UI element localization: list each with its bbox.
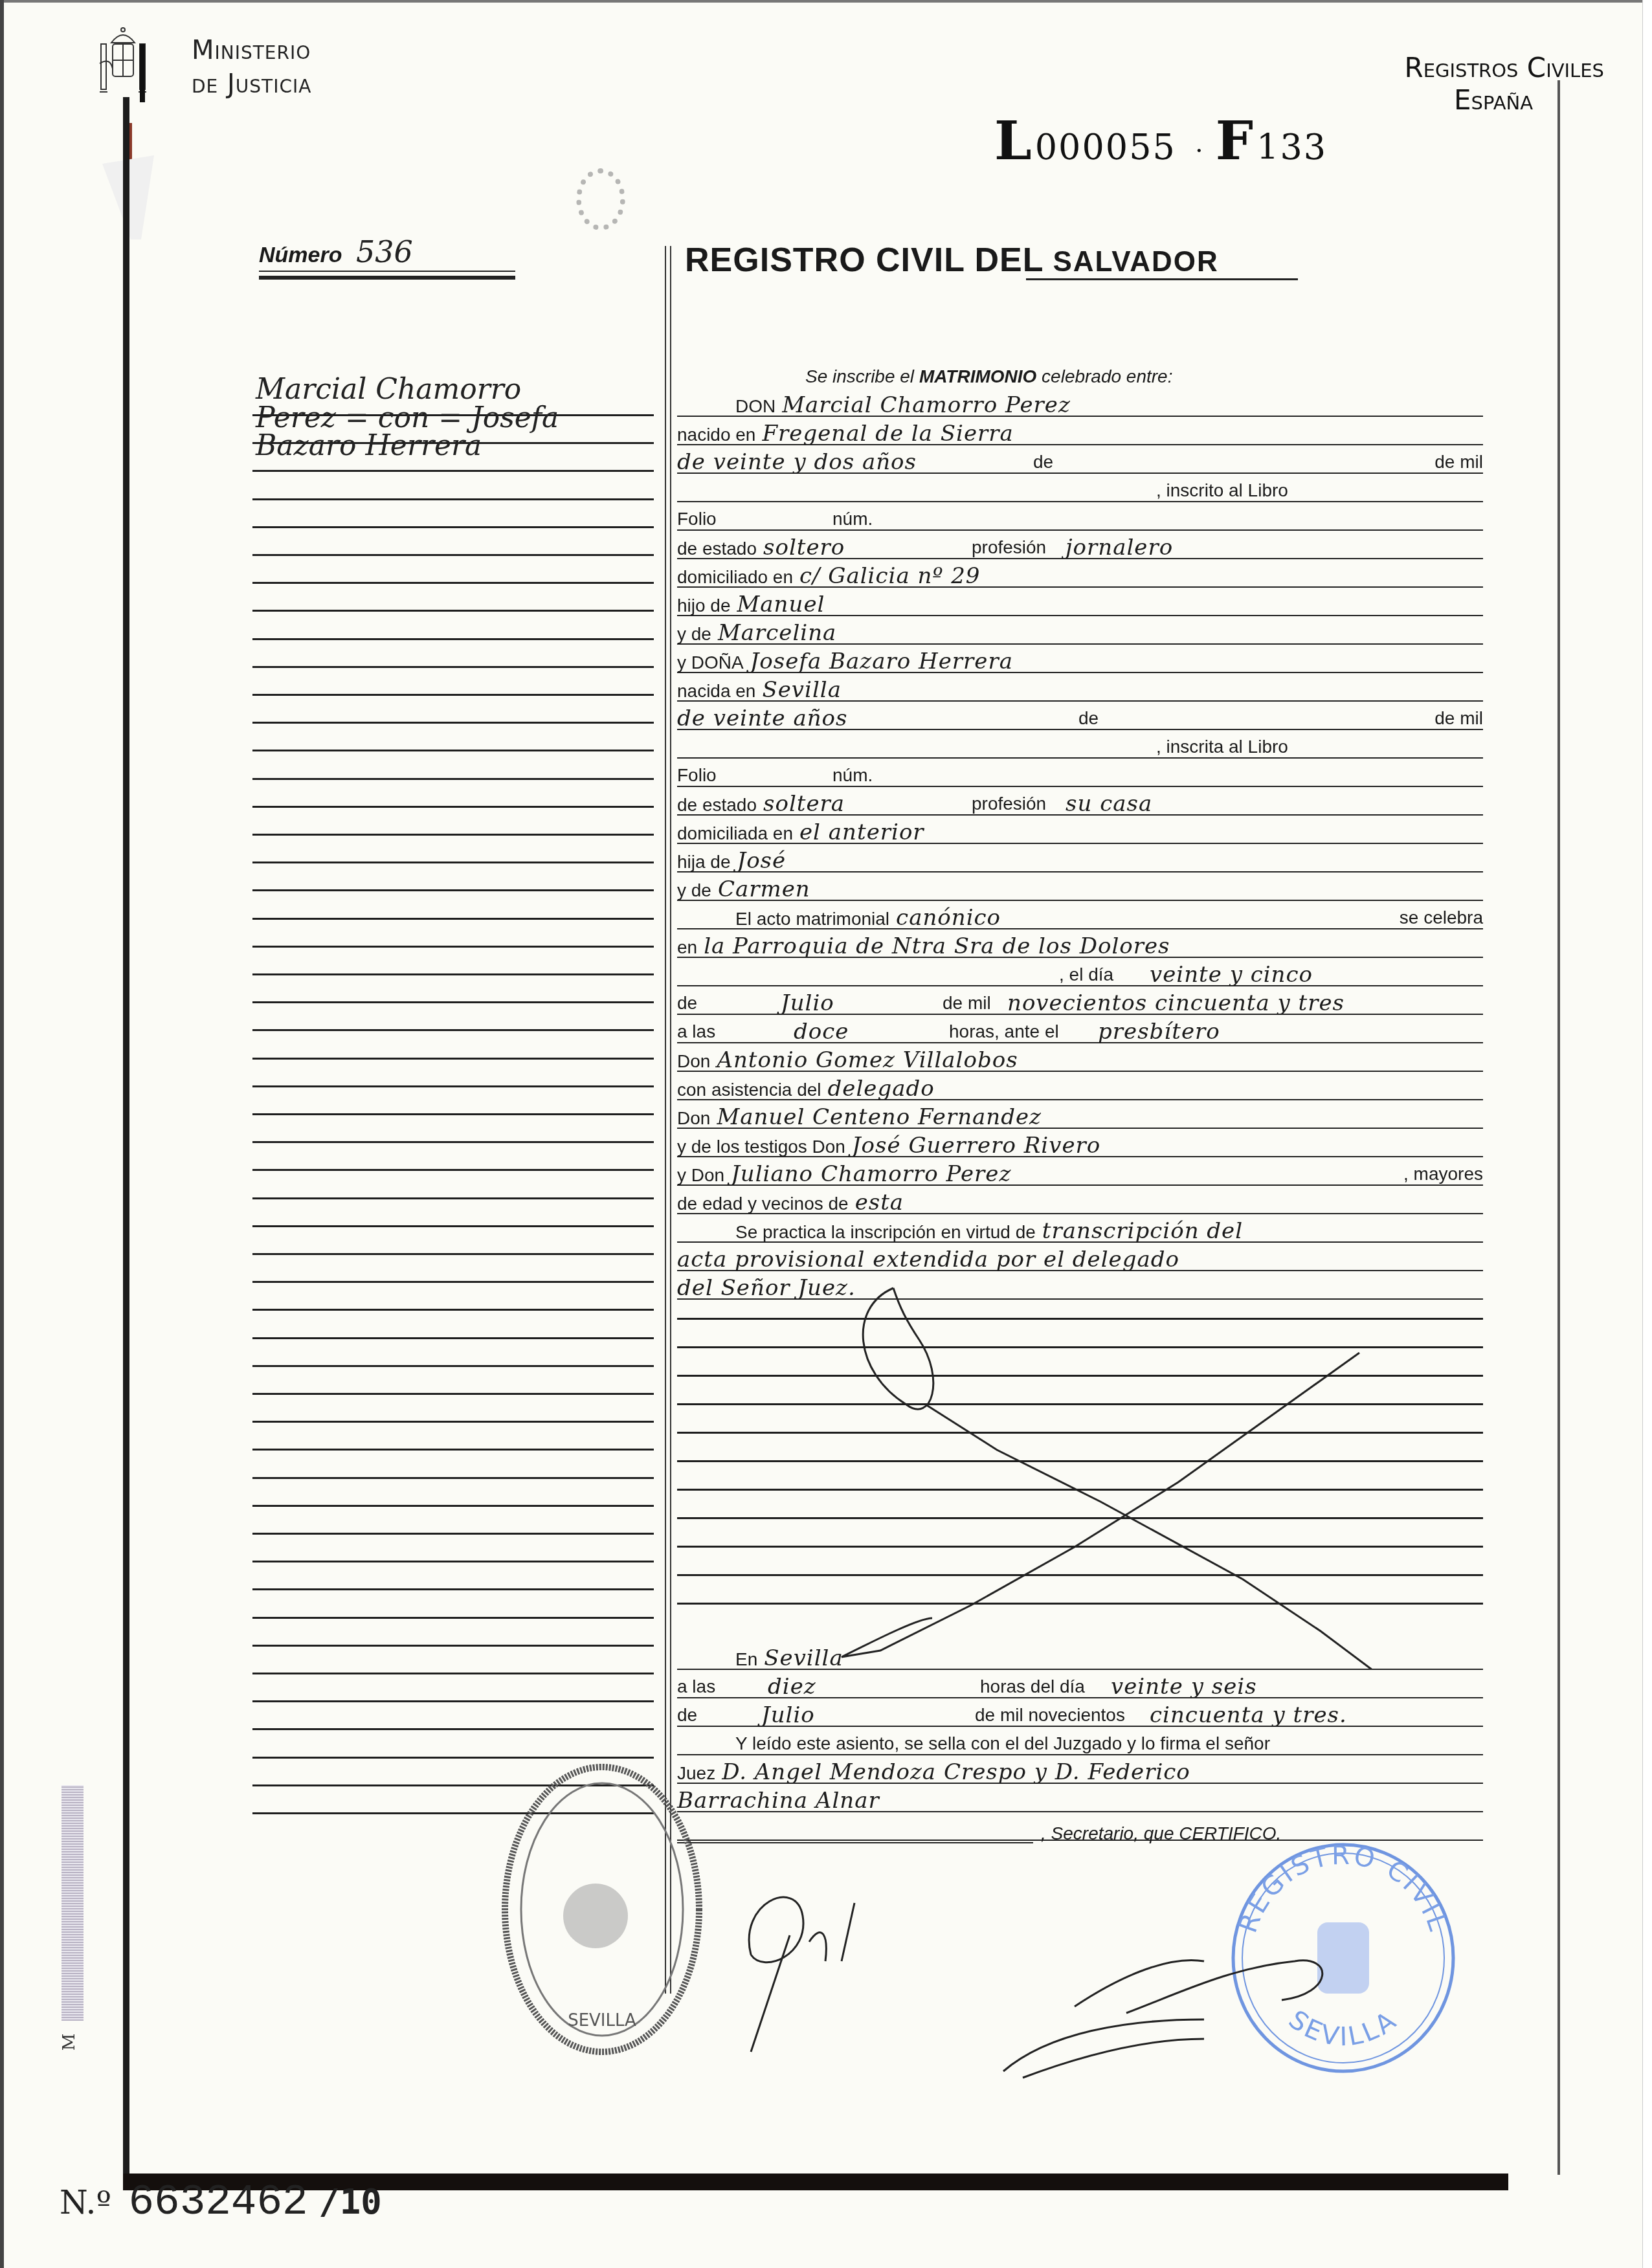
ceremony-place: la Parroquia de Ntra Sra de los Dolores xyxy=(704,933,1170,959)
ceremony-day: veinte y cinco xyxy=(1150,961,1313,989)
numero-double-rule xyxy=(259,276,515,280)
security-crown-mark: M xyxy=(60,2034,79,2051)
bride-estado-line: de estadosolteraprofesiónsu casa xyxy=(677,790,1483,818)
officiant-name: Antonio Gomez Villalobos xyxy=(717,1047,1018,1073)
margin-ruled-line xyxy=(252,946,654,948)
closing-city: Sevilla xyxy=(764,1645,843,1671)
blank-ruled-line xyxy=(677,1460,1483,1462)
marriage-record-body: Se inscribe el MATRIMONIO celebrado entr… xyxy=(677,362,1483,1302)
margin-ruled-line xyxy=(252,1113,654,1115)
serial-suffix: /10 xyxy=(318,2181,382,2222)
groom-domicilio: c/ Galicia nº 29 xyxy=(799,563,980,589)
bride-name: Josefa Bazaro Herrera xyxy=(750,649,1013,674)
libro-letter: L xyxy=(994,110,1032,172)
margin-ruled-line xyxy=(252,554,654,556)
closing-date-line: deJuliode mil novecientoscincuenta y tre… xyxy=(677,1701,1483,1729)
spain-coat-of-arms-icon xyxy=(97,25,149,102)
margin-ruled-line xyxy=(252,470,654,472)
hora-line: a lasdocehoras, ante elpresbítero xyxy=(677,1017,1483,1046)
blank-ruled-line xyxy=(677,1403,1483,1405)
witness2-line: y DonJuliano Chamorro Perez, mayores xyxy=(677,1160,1483,1188)
margin-ruled-line xyxy=(252,1225,654,1227)
asistencia-role: delegado xyxy=(828,1076,935,1102)
margin-ruled-line xyxy=(252,1561,654,1562)
margin-ruled-line xyxy=(252,1784,654,1786)
asistencia-line: con asistencia deldelegado xyxy=(677,1074,1483,1103)
margin-ruled-line xyxy=(252,1673,654,1674)
groom-birthplace-line: nacido enFregenal de la Sierra xyxy=(677,419,1483,448)
groom-profesion: jornalero xyxy=(1066,533,1173,562)
groom-name-line: DONMarcial Chamorro Perez xyxy=(677,391,1483,419)
closing-day: veinte y seis xyxy=(1111,1673,1257,1701)
margin-ruled-line xyxy=(252,498,654,500)
mes-anio-line: deJuliode milnovecientos cincuenta y tre… xyxy=(677,989,1483,1017)
serial-label: N.º xyxy=(60,2184,111,2221)
margin-ruled-line xyxy=(252,1197,654,1199)
margin-ruled-line xyxy=(252,1533,654,1535)
blank-ruled-line xyxy=(677,1546,1483,1548)
margin-ruled-line xyxy=(252,722,654,724)
margin-ruled-line xyxy=(252,1085,654,1087)
numero-underline xyxy=(259,271,515,272)
numero-label: Número xyxy=(259,243,342,267)
column-divider xyxy=(665,246,671,1994)
margin-line-3: Bazaro Herrera xyxy=(256,432,559,460)
ceremony-month: Julio xyxy=(781,989,834,1017)
margin-ruled-line xyxy=(252,694,654,696)
ministry-line-2: de Justicia xyxy=(192,67,311,101)
blank-ruled-line xyxy=(677,1432,1483,1434)
officiant-line: DonAntonio Gomez Villalobos xyxy=(677,1046,1483,1074)
practica-line-3: del Señor Juez. xyxy=(677,1275,856,1301)
groom-folio-line: Folionúm. xyxy=(677,505,1483,533)
juez-line-2: Barrachina Alnar xyxy=(677,1786,1483,1815)
bride-birthplace: Sevilla xyxy=(762,677,842,703)
margin-ruled-line xyxy=(252,889,654,891)
margin-ruled-line xyxy=(252,750,654,751)
scan-edge-right xyxy=(1642,0,1652,2268)
ceremony-year: novecientos cincuenta y tres xyxy=(1007,989,1345,1017)
blank-ruled-line xyxy=(677,1517,1483,1519)
lugar-line: enla Parroquia de Ntra Sra de los Dolore… xyxy=(677,932,1483,961)
record-number: Número 536 xyxy=(259,234,413,269)
punch-mark xyxy=(576,168,625,230)
closing-city-line: EnSevilla xyxy=(677,1644,1483,1673)
numero-value: 536 xyxy=(356,234,413,269)
margin-ruled-line xyxy=(252,1588,654,1590)
bride-birthplace-line: nacida enSevilla xyxy=(677,676,1483,704)
delegate-line: DonManuel Centeno Fernandez xyxy=(677,1103,1483,1131)
margin-ruled-line xyxy=(252,1337,654,1339)
document-serial: N.º 6632462 /10 xyxy=(60,2178,382,2227)
groom-estado-line: de estadosolteroprofesiónjornalero xyxy=(677,533,1483,562)
groom-estado: soltero xyxy=(763,535,845,561)
practica-line-2: acta provisional extendida por el delega… xyxy=(677,1247,1179,1273)
officiant-title: presbítero xyxy=(1098,1017,1220,1046)
registry-title: REGISTRO CIVIL DELSALVADOR xyxy=(685,241,1219,280)
bride-libro-line: , inscrita al Libro xyxy=(677,733,1483,761)
ceremony-hour: doce xyxy=(794,1017,849,1046)
folio-number: 133 xyxy=(1256,127,1327,168)
groom-name: Marcial Chamorro Perez xyxy=(782,392,1071,418)
matrimonio-label: MATRIMONIO xyxy=(919,366,1036,386)
security-hologram-strip xyxy=(61,1785,84,2021)
margin-ruled-line xyxy=(252,1365,654,1367)
groom-age: de veinte y dos años xyxy=(677,449,917,475)
juez-name-1: D. Angel Mendoza Crespo y D. Federico xyxy=(722,1759,1190,1785)
bride-name-line: y DOÑAJosefa Bazaro Herrera xyxy=(677,647,1483,676)
secretary-certification: , Secretario, que CERTIFICO. xyxy=(1041,1823,1281,1844)
juez-name-2: Barrachina Alnar xyxy=(677,1788,880,1814)
closing-hour: diez xyxy=(768,1673,816,1701)
acto-line: El acto matrimonialcanónicose celebra xyxy=(677,904,1483,932)
bride-father: José xyxy=(737,848,787,874)
margin-ruled-line xyxy=(252,1477,654,1479)
margin-ruled-line xyxy=(252,1728,654,1730)
libro-number: 000055 xyxy=(1035,127,1176,168)
secretary-signature-line xyxy=(677,1842,1033,1843)
groom-mother-line: y deMarcelina xyxy=(677,619,1483,647)
dia-line: , el díaveinte y cinco xyxy=(677,961,1483,989)
groom-birthplace: Fregenal de la Sierra xyxy=(762,421,1013,447)
serial-number: 6632462 xyxy=(128,2178,307,2227)
groom-age-line: de veinte y dos añosdede mil xyxy=(677,448,1483,476)
margin-ruled-line xyxy=(252,778,654,780)
margin-ruled-line xyxy=(252,834,654,836)
witness-1: José Guerrero Rivero xyxy=(852,1133,1100,1159)
bride-age-line: de veinte añosdede mil xyxy=(677,704,1483,733)
bride-profesion: su casa xyxy=(1066,790,1152,818)
margin-ruled-line xyxy=(252,1812,654,1814)
margin-ruled-line xyxy=(252,862,654,863)
margin-ruled-line xyxy=(252,1169,654,1171)
margin-ruled-line xyxy=(252,1281,654,1283)
blank-ruled-line xyxy=(677,1574,1483,1576)
margin-line-2: Perez = con = Josefa xyxy=(256,404,559,432)
groom-father-line: hijo deManuel xyxy=(677,590,1483,619)
margin-ruled-line xyxy=(252,582,654,584)
bride-estado: soltera xyxy=(763,791,845,817)
margin-ruled-line xyxy=(252,610,654,612)
blank-ruled-line xyxy=(677,1346,1483,1348)
acto-type: canónico xyxy=(896,905,1001,931)
closing-hour-line: a lasdiezhoras del díaveinte y seis xyxy=(677,1673,1483,1701)
practica-line-1: transcripción del xyxy=(1042,1218,1243,1244)
registry-line-2: España xyxy=(1404,84,1604,117)
practica-line: Se practica la inscripción en virtud det… xyxy=(677,1217,1483,1245)
margin-ruled-line xyxy=(252,1029,654,1031)
frame-right-border xyxy=(1557,80,1560,2175)
scan-edge-left xyxy=(0,0,4,2268)
blank-ruled-line xyxy=(677,1489,1483,1491)
juez-line: JuezD. Angel Mendoza Crespo y D. Federic… xyxy=(677,1758,1483,1786)
frame-left-border xyxy=(123,97,129,2189)
ministry-line-1: Ministerio xyxy=(192,34,311,67)
margin-ruled-line xyxy=(252,806,654,808)
delegate-name: Manuel Centeno Fernandez xyxy=(717,1104,1042,1130)
margin-ruled-line xyxy=(252,1141,654,1143)
margin-annotation: Marcial Chamorro Perez = con = Josefa Ba… xyxy=(256,375,559,460)
margin-ruled-line xyxy=(252,1393,654,1395)
bride-father-line: hija deJosé xyxy=(677,847,1483,875)
margin-ruled-line xyxy=(252,1001,654,1003)
libro-folio-reference: L 000055 · F 133 xyxy=(994,110,1327,172)
margin-ruled-line xyxy=(252,1505,654,1507)
margin-ruled-line xyxy=(252,1700,654,1702)
blank-ruled-line xyxy=(677,1375,1483,1377)
blank-ruled-line xyxy=(677,1318,1483,1320)
margin-ruled-line xyxy=(252,1253,654,1255)
closing-year: cincuenta y tres. xyxy=(1150,1701,1347,1729)
margin-ruled-line xyxy=(252,1449,654,1451)
margin-ruled-line xyxy=(252,918,654,920)
groom-father: Manuel xyxy=(737,592,825,617)
registry-place: SALVADOR xyxy=(1053,246,1218,278)
bride-domicilio-line: domiciliada enel anterior xyxy=(677,818,1483,847)
witness-2: Juliano Chamorro Perez xyxy=(731,1161,1011,1187)
groom-mother: Marcelina xyxy=(718,620,836,646)
vecinos-line: de edad y vecinos deesta xyxy=(677,1188,1483,1217)
margin-ruled-line xyxy=(252,1309,654,1311)
witness1-line: y de los testigos DonJosé Guerrero River… xyxy=(677,1131,1483,1160)
margin-ruled-line xyxy=(252,638,654,640)
folio-letter: F xyxy=(1216,110,1253,172)
bride-mother-line: y deCarmen xyxy=(677,875,1483,904)
margin-ruled-line xyxy=(252,1421,654,1423)
groom-domicilio-line: domiciliado enc/ Galicia nº 29 xyxy=(677,562,1483,590)
practica-line-3-row: del Señor Juez. xyxy=(677,1274,1483,1302)
margin-ruled-line xyxy=(252,1058,654,1060)
registry-header: Registros Civiles España xyxy=(1404,52,1604,117)
ministry-name: Ministerio de Justicia xyxy=(192,34,311,101)
margin-ruled-line xyxy=(252,1645,654,1647)
form-heading: Se inscribe el MATRIMONIO celebrado entr… xyxy=(677,362,1483,391)
closing-month: Julio xyxy=(761,1701,815,1729)
margin-ruled-line xyxy=(252,1757,654,1759)
blank-ruled-line xyxy=(677,1603,1483,1605)
margin-line-1: Marcial Chamorro xyxy=(256,375,559,404)
title-underline xyxy=(1026,278,1298,280)
bride-age: de veinte años xyxy=(677,706,847,731)
vecinos-value: esta xyxy=(855,1190,904,1216)
separator-dot: · xyxy=(1195,136,1203,166)
practica-line-2-row: acta provisional extendida por el delega… xyxy=(677,1245,1483,1274)
leido-line: Y leído este asiento, se sella con el de… xyxy=(677,1729,1483,1758)
registry-title-label: REGISTRO CIVIL DEL xyxy=(685,241,1044,279)
margin-ruled-line xyxy=(252,973,654,975)
bride-domicilio: el anterior xyxy=(799,819,924,845)
scan-edge-top xyxy=(0,0,1652,3)
groom-libro-line: , inscrito al Libro xyxy=(677,476,1483,505)
registry-line-1: Registros Civiles xyxy=(1404,52,1604,84)
bride-mother: Carmen xyxy=(718,876,810,902)
bride-folio-line: Folionúm. xyxy=(677,761,1483,790)
closing-section: EnSevilla a lasdiezhoras del díaveinte y… xyxy=(677,1644,1483,1843)
margin-ruled-line xyxy=(252,526,654,528)
margin-ruled-line xyxy=(252,1617,654,1619)
margin-ruled-line xyxy=(252,666,654,668)
